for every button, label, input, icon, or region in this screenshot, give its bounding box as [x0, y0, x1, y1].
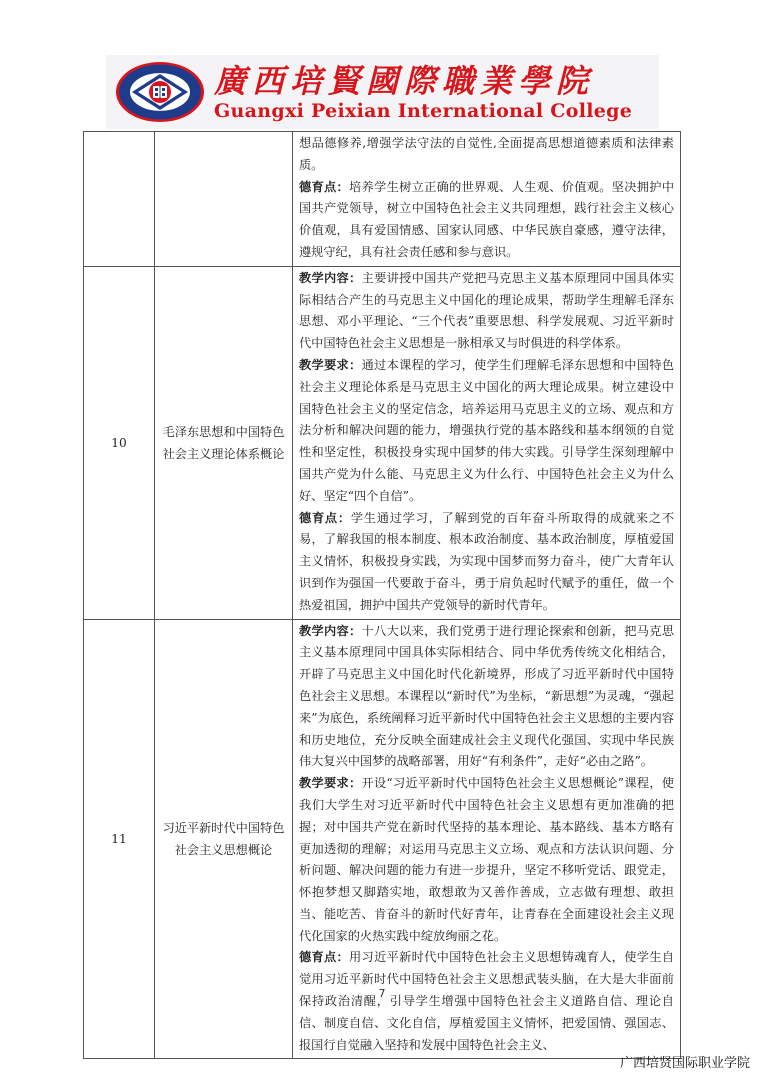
moral-education-paragraph: 德育点：学生通过学习，了解到党的百年奋斗所取得的成就来之不易，了解我国的根本制度…: [299, 508, 674, 617]
teaching-content-label: 教学内容：: [299, 624, 362, 638]
course-description: 想品德修养,增强学法守法的自觉性,全面提高思想道德素质和法律素质。 德育点：培养…: [293, 132, 681, 267]
teaching-requirements-paragraph: 教学要求：通过本课程的学习，使学生们理解毛泽东思想和中国特色社会主义理论体系是马…: [299, 355, 674, 508]
teaching-content-label: 教学内容：: [299, 271, 362, 285]
teaching-requirements-paragraph: 教学要求：开设“习近平新时代中国特色社会主义思想概论”课程，使我们大学生对习近平…: [299, 773, 674, 947]
course-table: 想品德修养,增强学法守法的自觉性,全面提高思想道德素质和法律素质。 德育点：培养…: [83, 131, 681, 1059]
teaching-content-paragraph: 教学内容：十八大以来，我们党勇于进行理论探索和创新，把马克思主义基本原理同中国具…: [299, 621, 674, 774]
teaching-requirements-label: 教学要求：: [299, 358, 362, 372]
moral-education-paragraph: 德育点：培养学生树立正确的世界观、人生观、价值观。坚决拥护中国共产党领导，树立中…: [299, 177, 674, 264]
table-row: 想品德修养,增强学法守法的自觉性,全面提高思想道德素质和法律素质。 德育点：培养…: [84, 132, 681, 267]
course-number: [84, 132, 155, 267]
description-paragraph: 想品德修养,增强学法守法的自觉性,全面提高思想道德素质和法律素质。: [299, 133, 674, 177]
table-row: 10 毛泽东思想和中国特色社会主义理论体系概论 教学内容：主要讲授中国共产党把马…: [84, 266, 681, 619]
moral-education-label: 德育点：: [299, 511, 351, 525]
course-name: 毛泽东思想和中国特色社会主义理论体系概论: [155, 266, 293, 619]
college-name-cn: 廣西培賢國際職業學院: [214, 62, 632, 100]
college-banner: 廣西培賢國際職業學院 Guangxi Peixian International…: [106, 55, 659, 129]
course-name: [155, 132, 293, 267]
moral-education-paragraph: 德育点：用习近平新时代中国特色社会主义思想铸魂育人，使学生自觉用习近平新时代中国…: [299, 947, 674, 1056]
footer-college-name: 广西培贤国际职业学院: [620, 1052, 750, 1071]
moral-education-label: 德育点：: [299, 180, 349, 194]
teaching-content-paragraph: 教学内容：主要讲授中国共产党把马克思主义基本原理同中国具体实际相结合产生的马克思…: [299, 268, 674, 355]
college-name-en: Guangxi Peixian International College: [214, 100, 632, 122]
course-number: 10: [84, 266, 155, 619]
moral-education-label: 德育点：: [299, 950, 349, 964]
college-logo: [114, 60, 206, 124]
course-description: 教学内容：主要讲授中国共产党把马克思主义基本原理同中国具体实际相结合产生的马克思…: [293, 266, 681, 619]
teaching-requirements-label: 教学要求：: [299, 776, 361, 790]
college-emblem-icon: [114, 60, 206, 124]
page-number: 7: [0, 987, 764, 1000]
